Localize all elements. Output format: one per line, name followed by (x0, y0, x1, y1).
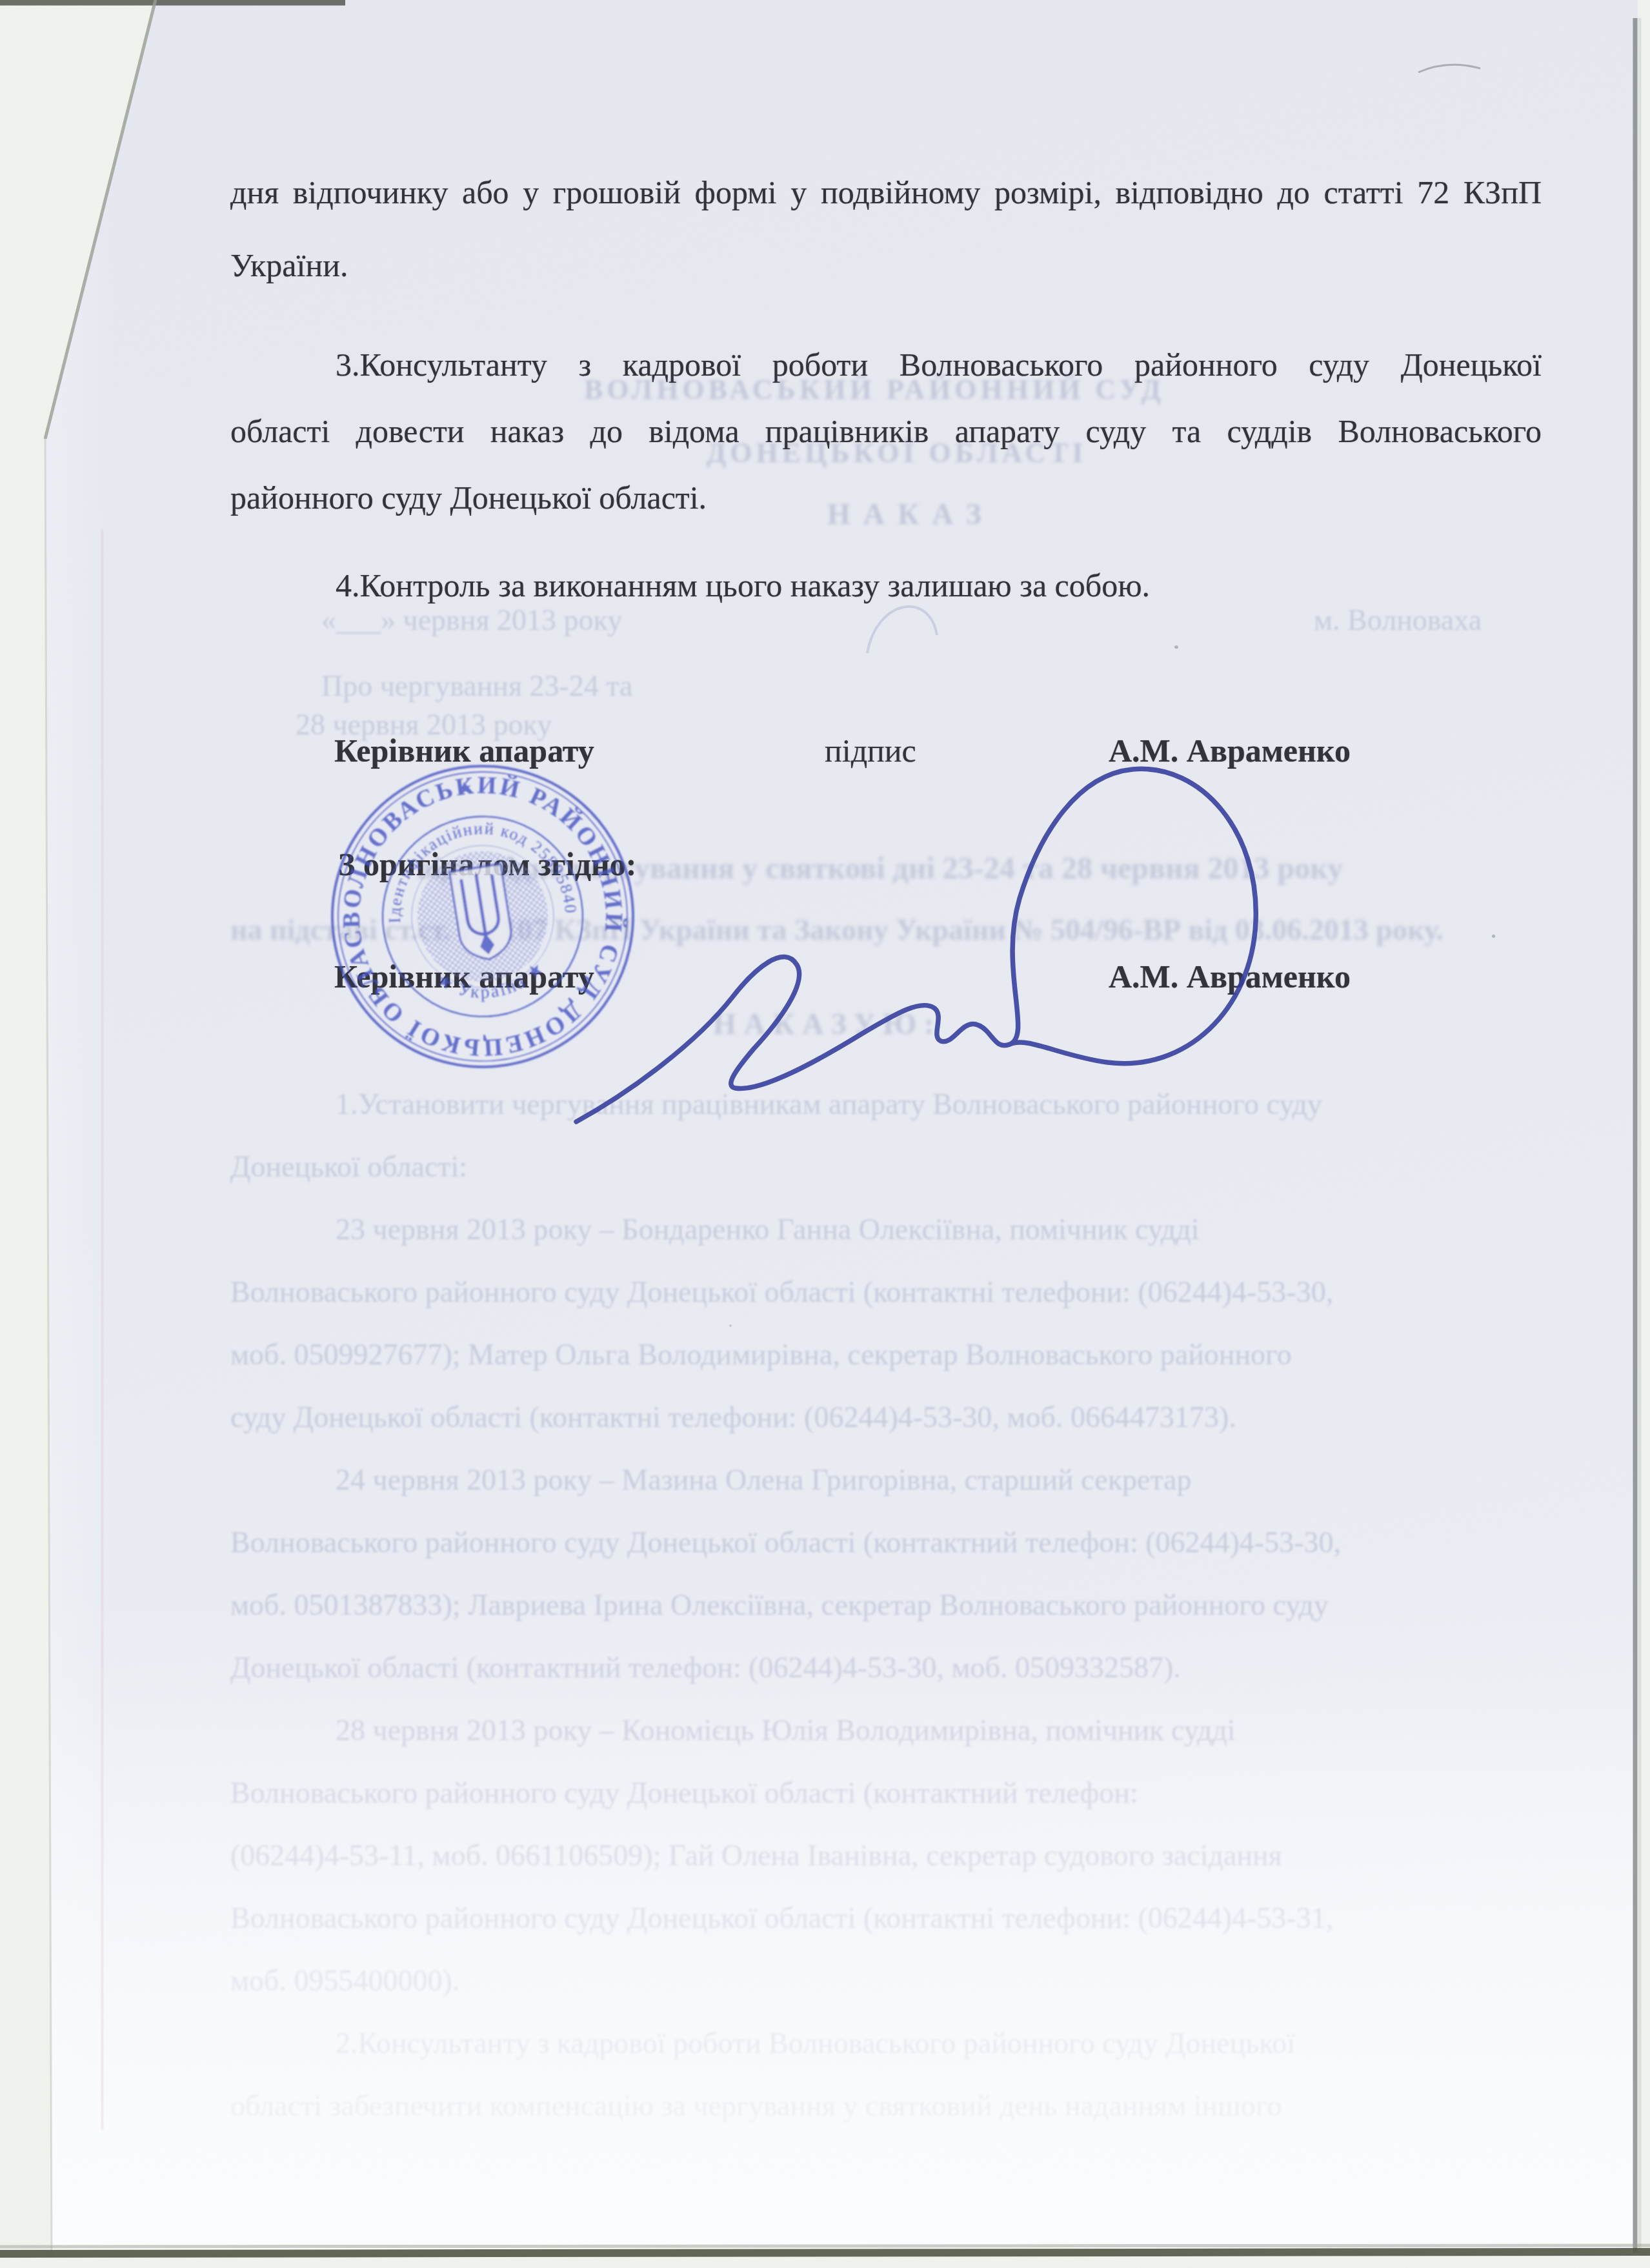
scan-edge-artifacts (0, 0, 1650, 2268)
scanner-background: ВОЛНОВАСЬКИЙ РАЙОННИЙ СУД ДОНЕЦЬКОЇ ОБЛА… (0, 0, 1650, 2268)
bottom-edge-soft (0, 2245, 1650, 2247)
bottom-edge-line (0, 2252, 1650, 2254)
corner-diagonal-edge (45, 0, 156, 439)
left-paper-edge (45, 439, 52, 2254)
scratch-mark (1418, 65, 1480, 72)
